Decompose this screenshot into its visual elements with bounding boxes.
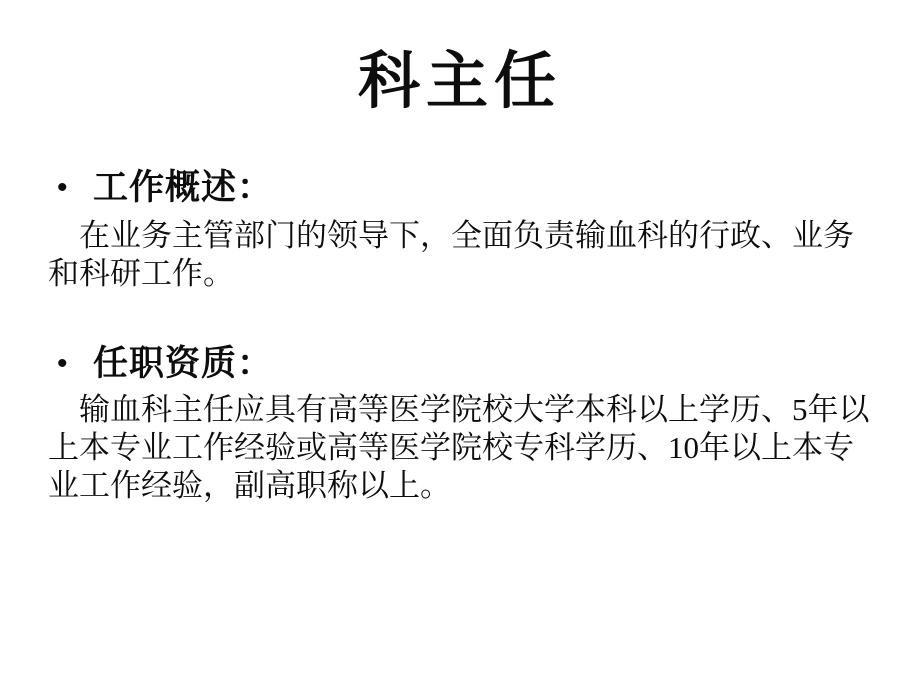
body-line: 输血科主任应具有高等医学院校大学本科以上学历、5年以 (48, 391, 876, 429)
body-line: 上本专业工作经验或高等医学院校专科学历、10年以上本专 (48, 429, 876, 467)
slide-title: 科主任 (0, 48, 920, 116)
bullet-icon: • (57, 342, 68, 386)
section-qualifications-body: 输血科主任应具有高等医学院校大学本科以上学历、5年以 上本专业工作经验或高等医学… (48, 391, 876, 505)
body-line: 和科研工作。 (48, 255, 876, 293)
body-line: 在业务主管部门的领导下，全面负责输血科的行政、业务 (48, 217, 876, 255)
section-qualifications-heading: 任职资质： (93, 342, 273, 386)
body-line: 业工作经验，副高职称以上。 (48, 467, 876, 505)
section-overview-heading-row: • 工作概述： (0, 166, 920, 210)
section-overview-body: 在业务主管部门的领导下，全面负责输血科的行政、业务 和科研工作。 (48, 217, 876, 293)
section-overview-heading: 工作概述： (93, 166, 273, 210)
section-qualifications-heading-row: • 任职资质： (0, 342, 920, 386)
slide-canvas: 科主任 • 工作概述： 在业务主管部门的领导下，全面负责输血科的行政、业务 和科… (0, 0, 920, 690)
bullet-icon: • (57, 166, 68, 210)
